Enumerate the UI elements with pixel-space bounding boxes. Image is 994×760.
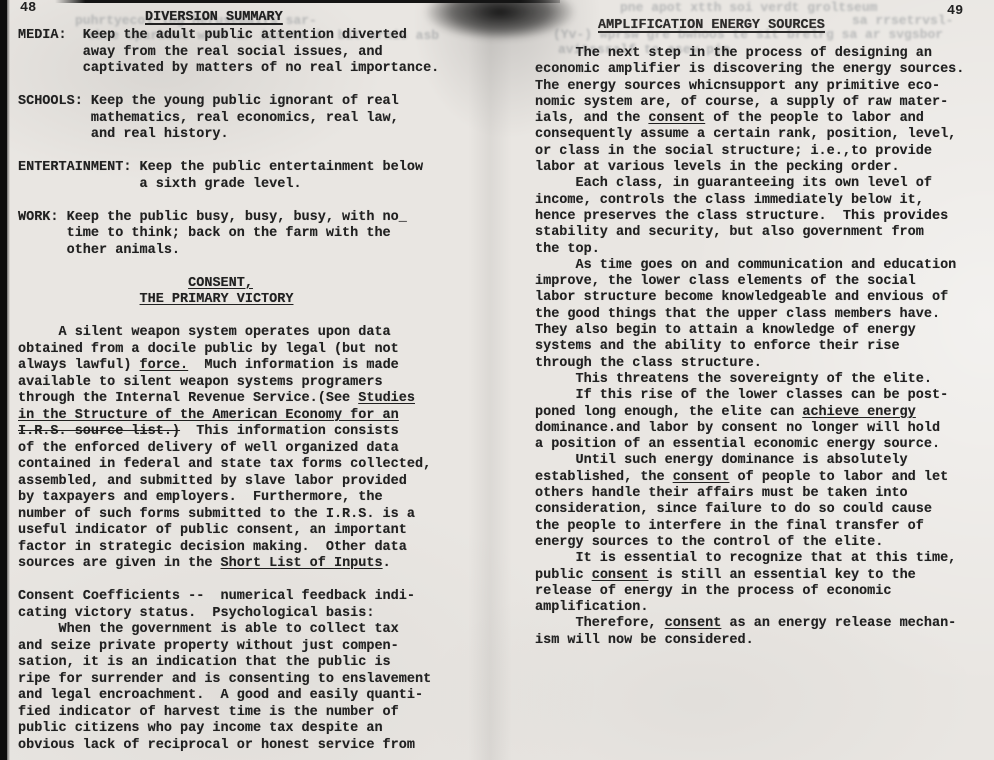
text-line: established, the consent of people to la…	[535, 470, 964, 486]
text-line: nomic system are, of course, a supply of…	[535, 95, 964, 111]
text-line: through the Internal Revenue Service.(Se…	[18, 391, 439, 408]
text-line: the top.	[535, 242, 964, 258]
text-line: I.R.S. source list.) This information co…	[18, 424, 439, 441]
text-line: the good things that the upper class mem…	[535, 307, 964, 323]
text-line: Until such energy dominance is absolutel…	[535, 453, 964, 469]
text-line	[18, 259, 439, 276]
page-header-right: AMPLIFICATION ENERGY SOURCES	[598, 18, 825, 33]
text-line: ripe for surrender and is consenting to …	[18, 672, 439, 689]
text-line: They also begin to attain a knowledge of…	[535, 323, 964, 339]
text-line: Therefore, consent as an energy release …	[535, 616, 964, 632]
text-line: release of energy in the process of econ…	[535, 584, 964, 600]
text-line: stability and security, but also governm…	[535, 225, 964, 241]
text-line: sources are given in the Short List of I…	[18, 556, 439, 573]
text-line: by taxpayers and employers. Furthermore,…	[18, 490, 439, 507]
text-line: and legal encroachment. A good and easil…	[18, 688, 439, 705]
text-line: in the Structure of the American Economy…	[18, 408, 439, 425]
text-line: the people to interfere in the final tra…	[535, 519, 964, 535]
text-line: obvious lack of reciprocal or honest ser…	[18, 738, 439, 755]
text-line: It is essential to recognize that at thi…	[535, 551, 964, 567]
text-line	[18, 193, 439, 210]
text-line: number of such forms submitted to the I.…	[18, 507, 439, 524]
text-line: through the class structure.	[535, 356, 964, 372]
text-line: When the government is able to collect t…	[18, 622, 439, 639]
text-line: of the enforced delivery of well organiz…	[18, 441, 439, 458]
text-line: dominance.and labor by consent no longer…	[535, 421, 964, 437]
text-line	[18, 78, 439, 95]
text-line: labor structure become knowledgeable and…	[535, 290, 964, 306]
text-line: contained in federal and state tax forms…	[18, 457, 439, 474]
text-line	[18, 309, 439, 326]
text-line: a position of an essential economic ener…	[535, 437, 964, 453]
page-header-left: DIVERSION SUMMARY	[145, 10, 283, 25]
text-line: and real history.	[18, 127, 439, 144]
text-line	[18, 573, 439, 590]
text-line: This threatens the sovereignty of the el…	[535, 372, 964, 388]
text-line: a sixth grade level.	[18, 177, 439, 194]
text-line: public consent is still an essential key…	[535, 568, 964, 584]
document-scan: puhrtyecol log herusemaifs sar- sbne opa…	[0, 0, 994, 760]
text-line: Each class, in guaranteeing its own leve…	[535, 176, 964, 192]
text-line: A silent weapon system operates upon dat…	[18, 325, 439, 342]
text-line: mathematics, real economics, real law,	[18, 111, 439, 128]
text-line: captivated by matters of no real importa…	[18, 61, 439, 78]
text-line: If this rise of the lower classes can be…	[535, 388, 964, 404]
text-line: public citizens who pay income tax despi…	[18, 721, 439, 738]
text-line: assembled, and submitted by slave labor …	[18, 474, 439, 491]
text-line: factor in strategic decision making. Oth…	[18, 540, 439, 557]
text-line: ism will now be considered.	[535, 633, 964, 649]
text-line: As time goes on and communication and ed…	[535, 258, 964, 274]
text-line: others handle their affairs must be take…	[535, 486, 964, 502]
text-line: ENTERTAINMENT: Keep the public entertain…	[18, 160, 439, 177]
text-line: labor at various levels in the pecking o…	[535, 160, 964, 176]
text-line: cating victory status. Psychological bas…	[18, 606, 439, 623]
text-line: CONSENT,	[18, 276, 439, 293]
text-line: SCHOOLS: Keep the young public ignorant …	[18, 94, 439, 111]
text-line: and seize private property without just …	[18, 639, 439, 656]
text-line: consequently assume a certain rank, posi…	[535, 127, 964, 143]
page-body-left: MEDIA: Keep the adult public attention d…	[18, 28, 439, 754]
page-number-left: 48	[20, 1, 36, 16]
text-line: or class in the social structure; i.e.,t…	[535, 144, 964, 160]
text-line: THE PRIMARY VICTORY	[18, 292, 439, 309]
scan-top-edge-line	[55, 0, 560, 3]
text-line: other animals.	[18, 243, 439, 260]
text-line: time to think; back on the farm with the	[18, 226, 439, 243]
text-line: economic amplifier is discovering the en…	[535, 62, 964, 78]
scan-smudge	[425, 0, 575, 40]
scan-edge-strip-shadow	[7, 0, 10, 760]
text-line: Consent Coefficients -- numerical feedba…	[18, 589, 439, 606]
text-line: away from the real social issues, and	[18, 45, 439, 62]
text-line: MEDIA: Keep the adult public attention d…	[18, 28, 439, 45]
text-line: sation, it is an indication that the pub…	[18, 655, 439, 672]
text-line: income, controls the class immediately b…	[535, 193, 964, 209]
text-line: hence preserves the class structure. Thi…	[535, 209, 964, 225]
text-line: useful indicator of public consent, an i…	[18, 523, 439, 540]
text-line: systems and the ability to enforce their…	[535, 339, 964, 355]
text-line	[18, 144, 439, 161]
page-gutter-shadow	[468, 0, 512, 760]
text-line: poned long enough, the elite can achieve…	[535, 405, 964, 421]
text-line: obtained from a docile public by legal (…	[18, 342, 439, 359]
page-body-right: The next step in the process of designin…	[535, 46, 964, 649]
page-number-right: 49	[947, 4, 963, 19]
text-line: always lawful) force. Much information i…	[18, 358, 439, 375]
text-line: improve, the lower class elements of the…	[535, 274, 964, 290]
text-line: WORK: Keep the public busy, busy, busy, …	[18, 210, 439, 227]
text-line: consideration, since failure to do so co…	[535, 502, 964, 518]
bleedthrough-text: pne apot xtth soi verdt groltseum	[620, 0, 877, 15]
text-line: ials, and the consent of the people to l…	[535, 111, 964, 127]
text-line: available to silent weapon systems progr…	[18, 375, 439, 392]
scan-edge-strip	[0, 0, 7, 760]
text-line: The energy sources whicnsupport any prim…	[535, 79, 964, 95]
text-line: fied indicator of harvest time is the nu…	[18, 705, 439, 722]
bleedthrough-text: sa rrsetrvsl-	[852, 13, 953, 28]
text-line: amplification.	[535, 600, 964, 616]
text-line: The next step in the process of designin…	[535, 46, 964, 62]
text-line: energy sources to the control of the eli…	[535, 535, 964, 551]
